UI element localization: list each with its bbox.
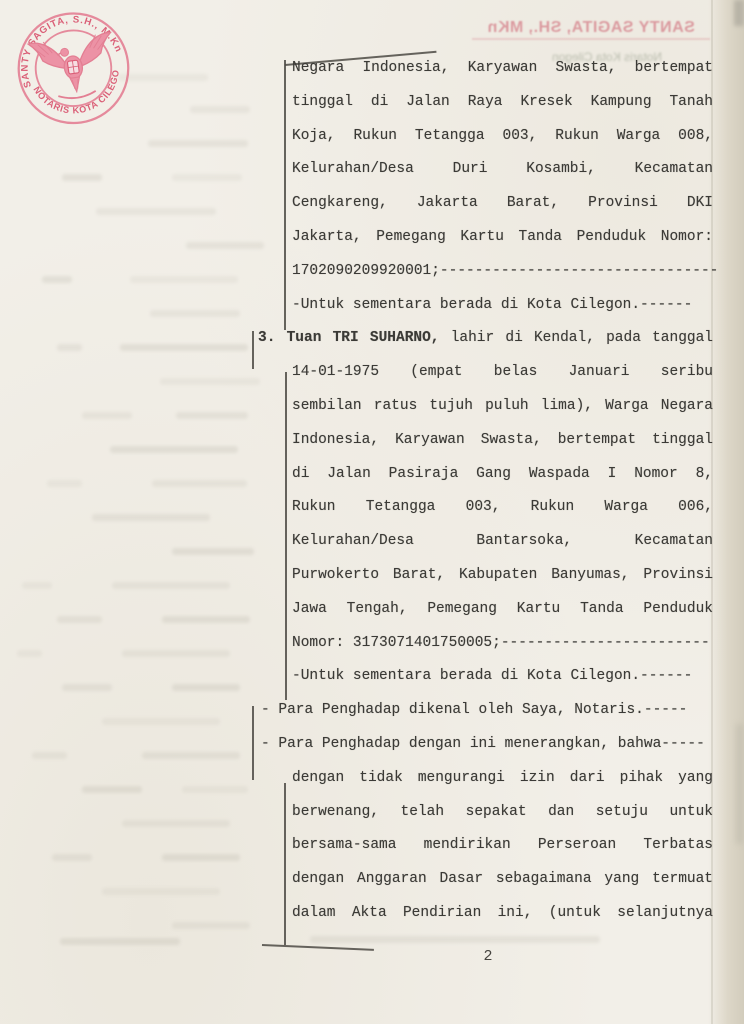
- bleed-smudge: [150, 310, 240, 317]
- bleed-smudge: [162, 616, 250, 623]
- bleed-smudge: [172, 684, 240, 691]
- bleed-smudge: [57, 616, 102, 623]
- bleed-smudge: [176, 412, 248, 419]
- bleed-smudge: [122, 650, 230, 657]
- bleed-smudge: [17, 650, 42, 657]
- bleed-smudge: [60, 938, 180, 945]
- deed-text-line: Cengkareng, Jakarta Barat, Provinsi DKI: [292, 193, 713, 215]
- deed-text-line: Negara Indonesia, Karyawan Swasta, berte…: [292, 58, 713, 80]
- deed-text-line: bersama-sama mendirikan Perseroan Terbat…: [292, 835, 713, 857]
- bleed-smudge: [120, 344, 248, 351]
- deed-text-line: 1702090209920001;-----------------------…: [292, 261, 713, 283]
- bleed-smudge: [142, 752, 240, 759]
- deed-text-line: - Para Penghadap dikenal oleh Saya, Nota…: [261, 700, 713, 722]
- bleed-smudge: [186, 242, 264, 249]
- bleed-smudge: [52, 854, 92, 861]
- deed-text-line: di Jalan Pasiraja Gang Waspada I Nomor 8…: [292, 464, 713, 486]
- deed-text-line: -Untuk sementara berada di Kota Cilegon.…: [292, 295, 713, 317]
- deed-text-line: dalam Akta Pendirian ini, (untuk selanju…: [292, 903, 713, 925]
- deed-text-line: Purwokerto Barat, Kabupaten Banyumas, Pr…: [292, 565, 713, 587]
- margin-rule-bottom: [262, 944, 374, 951]
- deed-text-line: Koja, Rukun Tetangga 003, Rukun Warga 00…: [292, 126, 713, 148]
- deed-text-line: -Untuk sementara berada di Kota Cilegon.…: [292, 666, 713, 688]
- margin-rule-dash-items: [252, 706, 254, 780]
- margin-rule-item3: [252, 331, 254, 369]
- deed-text-line: Indonesia, Karyawan Swasta, bertempat ti…: [292, 430, 713, 452]
- bleed-smudge: [102, 718, 220, 725]
- deed-text-line: Rukun Tetangga 003, Rukun Warga 006,: [292, 497, 713, 519]
- bleed-smudge: [57, 344, 82, 351]
- bleed-smudge: [162, 854, 240, 861]
- scan-corner-artifact: [734, 0, 744, 26]
- bleed-smudge: [32, 752, 67, 759]
- deed-text-line: - Para Penghadap dengan ini menerangkan,…: [261, 734, 713, 756]
- bleed-smudge: [110, 446, 238, 453]
- bleed-smudge: [112, 582, 230, 589]
- bleed-smudge: [92, 514, 210, 521]
- bleed-smudge: [190, 106, 250, 113]
- margin-rule-block2: [285, 372, 287, 700]
- scanned-deed-page: SANTY SAGITA, SH., MKn Notaris Kota Cile…: [0, 0, 744, 1024]
- bleed-smudge: [152, 480, 247, 487]
- bleed-smudge: [130, 276, 238, 283]
- bleed-smudge: [62, 174, 102, 181]
- bleed-smudge: [182, 786, 248, 793]
- deed-text-line: berwenang, telah sepakat dan setuju untu…: [292, 802, 713, 824]
- margin-rule-block3: [284, 783, 286, 945]
- bleed-smudge: [172, 922, 250, 929]
- bleed-smudge: [310, 936, 600, 943]
- bleed-smudge: [96, 208, 216, 215]
- bleed-smudge: [102, 888, 220, 895]
- deed-text-line: dengan Anggaran Dasar sebagaimana yang t…: [292, 869, 713, 891]
- stamp-bleed-through-name: SANTY SAGITA, SH., MKn: [472, 19, 710, 40]
- page-right-edge-shadow: [708, 0, 744, 1024]
- deed-text-line: Jakarta, Pemegang Kartu Tanda Penduduk N…: [292, 227, 713, 249]
- deed-text-line: Nomor: 3173071401750005;----------------…: [292, 633, 713, 655]
- bleed-smudge: [160, 378, 260, 385]
- bleed-smudge: [62, 684, 112, 691]
- bleed-smudge: [82, 786, 142, 793]
- deed-text-line: sembilan ratus tujuh puluh lima), Warga …: [292, 396, 713, 418]
- deed-text-line: dengan tidak mengurangi izin dari pihak …: [292, 768, 713, 790]
- deed-text-line: Kelurahan/Desa Bantarsoka, Kecamatan: [292, 531, 713, 553]
- bleed-smudge: [42, 276, 72, 283]
- deed-text-line: tinggal di Jalan Raya Kresek Kampung Tan…: [292, 92, 713, 114]
- bleed-smudge: [172, 174, 242, 181]
- bleed-smudge: [82, 412, 132, 419]
- scan-edge-artifact: [736, 724, 744, 844]
- bleed-smudge: [122, 820, 230, 827]
- deed-text-line: 3. Tuan TRI SUHARNO, lahir di Kendal, pa…: [258, 328, 713, 350]
- bleed-smudge: [47, 480, 82, 487]
- margin-rule-block1: [284, 60, 286, 330]
- notary-stamp: SANTY SAGITA, S.H., M.Kn NOTARIS KOTA CI…: [0, 0, 151, 149]
- page-number: 2: [458, 948, 518, 965]
- deed-text-line: 14-01-1975 (empat belas Januari seribu: [292, 362, 713, 384]
- bleed-smudge: [22, 582, 52, 589]
- deed-text-line: Jawa Tengah, Pemegang Kartu Tanda Pendud…: [292, 599, 713, 621]
- bleed-smudge: [172, 548, 254, 555]
- bleed-smudge: [148, 140, 248, 147]
- deed-text-line: Kelurahan/Desa Duri Kosambi, Kecamatan: [292, 159, 713, 181]
